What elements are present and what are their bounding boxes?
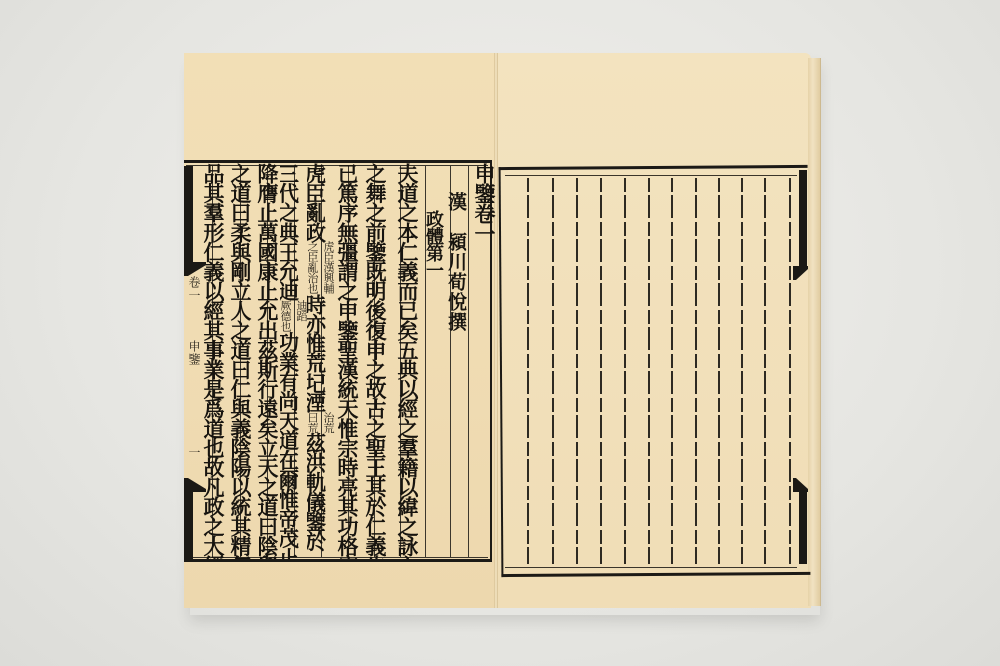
note-line: 虎臣漢興輔 bbox=[321, 241, 335, 294]
right-banxin-upper-bar bbox=[799, 170, 807, 268]
blank-column-rule bbox=[741, 178, 743, 564]
blank-column-rule bbox=[764, 178, 766, 564]
text-column-3: 已篤序無彊謂之申鑒聖漢統天惟宗時亮其功格宇宙粤有 bbox=[333, 163, 361, 559]
note-line: 之臣亂治也 bbox=[307, 241, 319, 294]
blank-column-rule bbox=[648, 178, 650, 564]
text-column-7: 之道曰柔與剛立人之道曰仁與義陰陽以統其精氣剛柔以 bbox=[226, 163, 254, 559]
text-column-2: 之舞之前鑒既明後復申之故古之聖王其於仁義也申重而 bbox=[360, 163, 390, 559]
right-banxin-lower-bar bbox=[799, 492, 807, 564]
right-fishtail-lower-icon bbox=[793, 478, 808, 492]
text-segment: 功業有尚天道在爾惟帝茂止陟 bbox=[280, 332, 301, 559]
banxin-book-label: 申鑒 bbox=[186, 340, 203, 366]
blank-column-rule bbox=[624, 178, 626, 564]
text-column-6: 降膺止萬國康止允出茲斯行遠矣立天之道曰陰與陽立地 bbox=[253, 163, 281, 559]
blank-column-rule bbox=[789, 178, 791, 564]
banxin-page-number: 一 bbox=[186, 446, 203, 459]
fishtail-lower-icon bbox=[184, 478, 206, 492]
banxin-volume-label: 卷一 bbox=[186, 276, 203, 302]
note-line: 迪蹈 bbox=[294, 300, 308, 332]
book-volume-title: 申鑒卷一 bbox=[469, 163, 499, 243]
interlinear-note: 治荒曰荒 bbox=[307, 412, 335, 433]
blank-column-rule bbox=[718, 178, 720, 564]
interlinear-note: 迪蹈厥德也 bbox=[280, 300, 308, 332]
text-segment: 茲洪軌儀鑒於 bbox=[307, 433, 328, 551]
text-column-1: 夫道之本仁義而已矣五典以經之羣籍以緯之詠之歌之弦 bbox=[392, 163, 422, 559]
note-line: 厥德也 bbox=[280, 300, 292, 332]
text-segment: 時亦惟荒圮湮 bbox=[307, 294, 328, 412]
note-line: 曰荒 bbox=[307, 412, 319, 433]
right-page-inner-rule bbox=[505, 175, 797, 568]
blank-column-rule bbox=[527, 178, 529, 564]
text-segment: 三代之典王允迪 bbox=[280, 163, 301, 300]
blank-column-rule bbox=[576, 178, 578, 564]
right-fishtail-upper-icon bbox=[793, 266, 808, 280]
blank-column-rule bbox=[600, 178, 602, 564]
blank-column-rule bbox=[552, 178, 554, 564]
author-line: 漢 潁川荀悅撰 bbox=[444, 192, 468, 332]
banxin-upper-black-bar bbox=[184, 166, 193, 262]
blank-column-rule bbox=[695, 178, 697, 564]
text-column-4: 虎臣亂政虎臣漢興輔之臣亂治也時亦惟荒圮湮治荒曰荒茲洪軌儀鑒於 bbox=[307, 163, 335, 559]
text-column-5: 三代之典王允迪迪蹈厥德也功業有尚天道在爾惟帝茂止陟 bbox=[280, 163, 308, 559]
blank-column-rule bbox=[671, 178, 673, 564]
book-gutter bbox=[494, 53, 498, 608]
chapter-title: 政體第一 bbox=[422, 210, 444, 278]
interlinear-note: 虎臣漢興輔之臣亂治也 bbox=[307, 241, 335, 294]
fishtail-upper-icon bbox=[184, 262, 206, 276]
banxin-lower-black-bar bbox=[184, 492, 193, 560]
note-line: 治荒 bbox=[321, 412, 335, 433]
text-segment: 虎臣亂政 bbox=[307, 163, 328, 241]
